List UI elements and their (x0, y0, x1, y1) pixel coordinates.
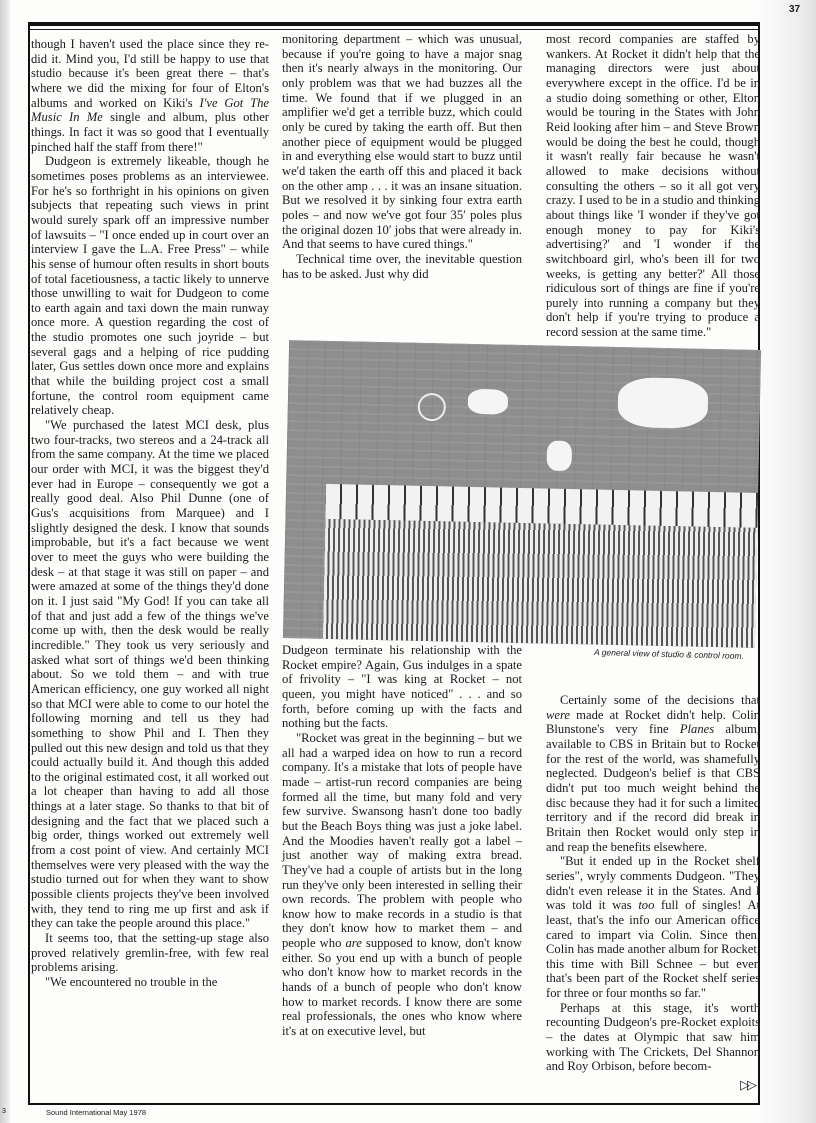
scan-edge-left (0, 0, 10, 1123)
column-3-bottom: Certainly some of the decisions that wer… (546, 693, 760, 1074)
paragraph: "But it ended up in the Rocket shelf ser… (546, 854, 760, 1001)
page-number: 37 (789, 4, 800, 15)
paragraph: Perhaps at this stage, it's worth recoun… (546, 1001, 760, 1074)
mixing-console (323, 519, 757, 648)
paragraph: Dudgeon is extremely likeable, though he… (31, 154, 269, 418)
paragraph: "We encountered no trouble in the (31, 975, 269, 990)
paragraph: It seems too, that the setting-up stage … (31, 931, 269, 975)
column-2-bottom: Dudgeon terminate his relationship with … (282, 643, 522, 1039)
album-title: Planes (680, 722, 714, 736)
column-3-top: most record companies are staffed by wan… (546, 32, 760, 340)
wall-decoration (617, 377, 708, 429)
continued-arrow-icon: ▷▷ (740, 1078, 754, 1093)
paragraph: "We purchased the latest MCI desk, plus … (31, 418, 269, 931)
paragraph: Technical time over, the inevitable ques… (282, 252, 522, 281)
wall-decoration (546, 441, 572, 472)
paragraph: though I haven't used the place since th… (31, 37, 269, 154)
facing-page-number: 3 (2, 1108, 6, 1115)
paragraph: most record companies are staffed by wan… (546, 32, 760, 340)
paragraph: Certainly some of the decisions that wer… (546, 693, 760, 854)
publication-footer: Sound International May 1978 (46, 1108, 146, 1117)
paragraph: monitoring department – which was unusua… (282, 32, 522, 252)
studio-photo (283, 340, 761, 648)
wall-decoration (468, 389, 509, 415)
paragraph: "Rocket was great in the beginning – but… (282, 731, 522, 1039)
paragraph: Dudgeon terminate his relationship with … (282, 643, 522, 731)
scan-edge-right (756, 0, 816, 1123)
column-1: though I haven't used the place since th… (31, 37, 269, 990)
column-2-top: monitoring department – which was unusua… (282, 32, 522, 281)
